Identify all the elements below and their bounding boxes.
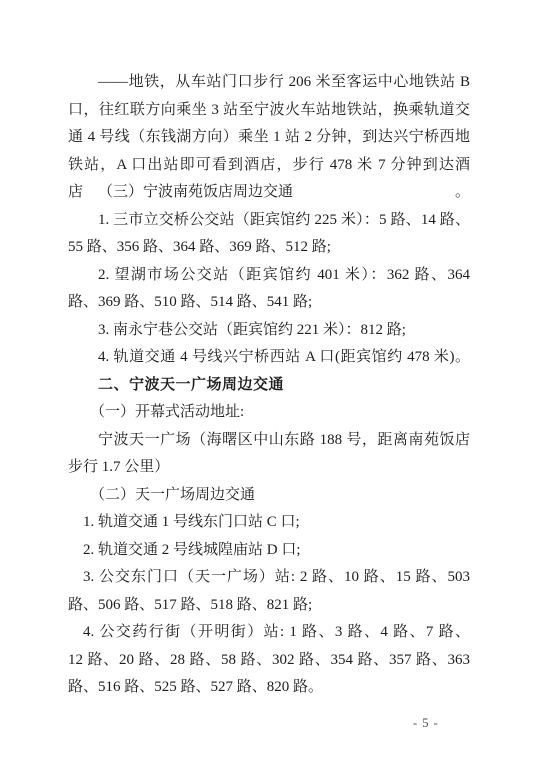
document-body: ——地铁，从车站门口步行 206 米至客运中心地铁站 B 口，往红联方向乘坐 3… [68, 69, 470, 702]
tianyi-address-line-2: 步行 1.7 公里） [68, 454, 470, 482]
para-metro-line-4: 铁站，A 口出站即可看到酒店，步行 478 米 7 分钟到达酒店。 [68, 152, 470, 180]
nanyuan-bus-stop-2-line-1: 2. 望湖市场公交站（距宾馆约 401 米）：362 路、364 [68, 262, 470, 290]
section-heading-tianyi-square: 二、宁波天一广场周边交通 [68, 372, 470, 400]
page-number: - 5 - [413, 715, 439, 731]
tianyi-address-line-1: 宁波天一广场（海曙区中山东路 188 号，距离南苑饭店 [68, 427, 470, 455]
document-page: ——地铁，从车站门口步行 206 米至客运中心地铁站 B 口，往红联方向乘坐 3… [0, 0, 550, 778]
subsection-heading-ceremony-address: （一）开幕式活动地址: [68, 399, 470, 427]
nanyuan-bus-stop-1-line-2: 55 路、356 路、364 路、369 路、512 路; [68, 234, 470, 262]
para-metro-line-2: 口，往红联方向乘坐 3 站至宁波火车站地铁站，换乘轨道交 [68, 97, 470, 125]
tianyi-bus-stop-yaohang-line-1: 4. 公交药行街（开明街）站: 1 路、3 路、4 路、7 路、 [68, 619, 470, 647]
tianyi-bus-stop-yaohang-line-2: 12 路、20 路、28 路、58 路、302 路、354 路、357 路、36… [68, 647, 470, 675]
para-metro-line-3: 通 4 号线（东钱湖方向）乘坐 1 站 2 分钟，到达兴宁桥西地 [68, 124, 470, 152]
para-metro-line-1: ——地铁，从车站门口步行 206 米至客运中心地铁站 B [68, 69, 470, 97]
tianyi-bus-stop-east-gate-line-1: 3. 公交东门口（天一广场）站: 2 路、10 路、15 路、503 [68, 564, 470, 592]
subsection-heading-tianyi-transport: （二）天一广场周边交通 [68, 482, 470, 510]
nanyuan-bus-stop-1-line-1: 1. 三市立交桥公交站（距宾馆约 225 米）：5 路、14 路、 [68, 207, 470, 235]
nanyuan-bus-stop-2-line-2: 路、369 路、510 路、514 路、541 路; [68, 289, 470, 317]
nanyuan-metro-exit-item: 4. 轨道交通 4 号线兴宁桥西站 A 口(距宾馆约 478 米)。 [68, 344, 470, 372]
tianyi-bus-stop-east-gate-line-2: 路、506 路、517 路、518 路、821 路; [68, 592, 470, 620]
tianyi-bus-stop-yaohang-line-3: 路、516 路、525 路、527 路、820 路。 [68, 674, 470, 702]
nanyuan-bus-stop-3: 3. 南永宁巷公交站（距宾馆约 221 米）：812 路; [68, 317, 470, 345]
tianyi-metro-line2-item: 2. 轨道交通 2 号线城隍庙站 D 口; [68, 537, 470, 565]
tianyi-metro-line1-item: 1. 轨道交通 1 号线东门口站 C 口; [68, 509, 470, 537]
